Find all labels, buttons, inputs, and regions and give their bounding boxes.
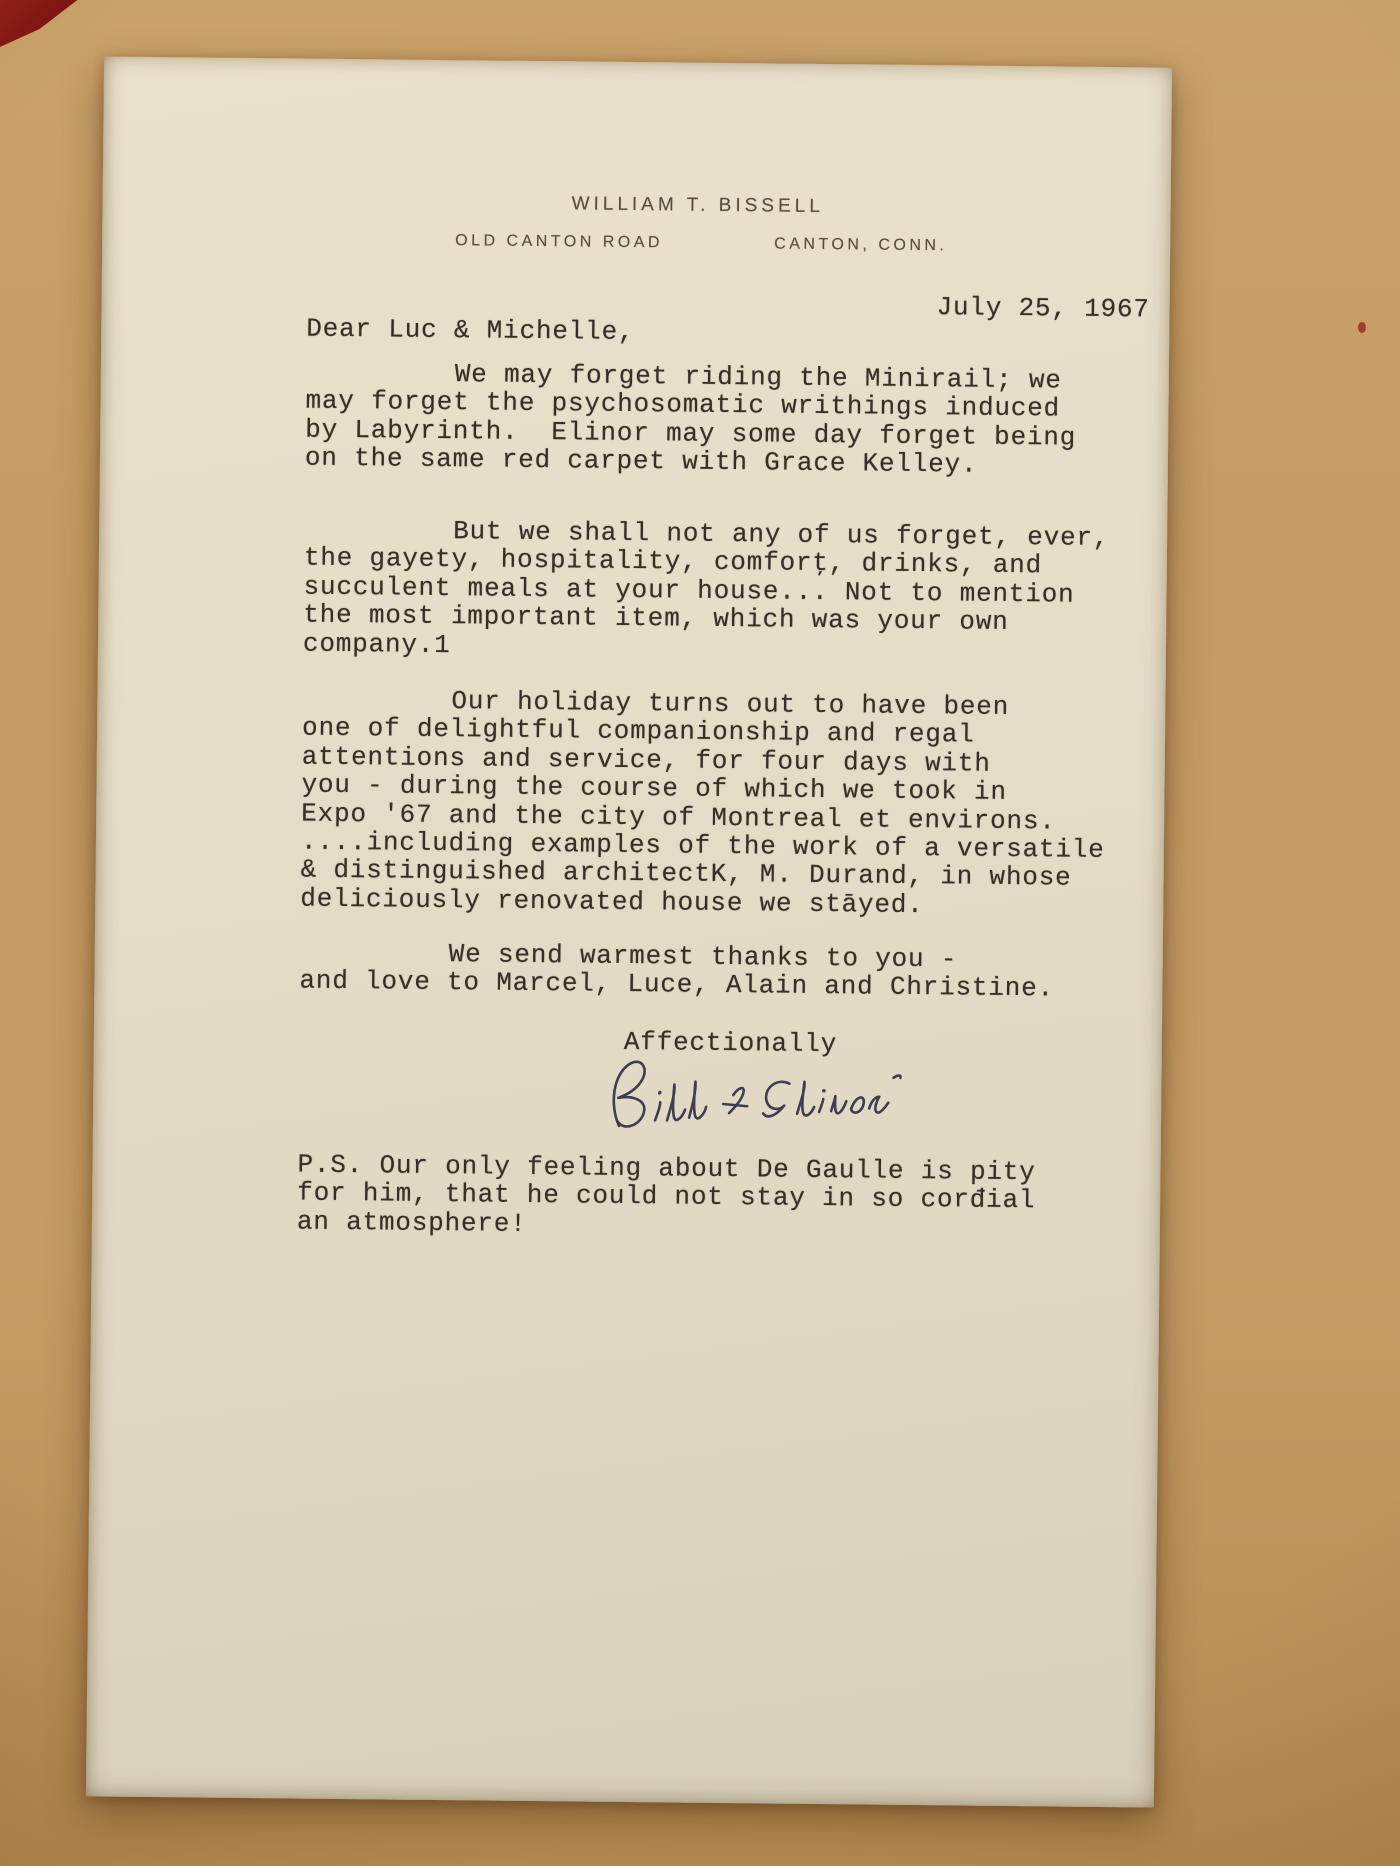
letter-date: July 25, 1967 [936, 293, 1150, 324]
photo-of-letter: WILLIAM T. BISSELL OLD CANTON ROAD CANTO… [0, 0, 1400, 1866]
letter-line: on the same red carpet with Grace Kelley… [305, 444, 1076, 480]
letter-line: and love to Marcel, Luce, Alain and Chri… [299, 967, 1054, 1003]
letterhead-street: OLD CANTON ROAD [455, 231, 663, 252]
letterhead-name: WILLIAM T. BISSELL [572, 193, 824, 218]
letter-paper: WILLIAM T. BISSELL OLD CANTON ROAD CANTO… [86, 56, 1172, 1807]
handwritten-signature: Bill & Elinor [605, 1054, 946, 1148]
paragraph-4: We send warmest thanks to you - and love… [299, 939, 1054, 1004]
paragraph-1: We may forget riding the Minirail; we ma… [305, 359, 1077, 481]
paragraph-2: But we shall not any of us forget, ever,… [303, 516, 1110, 666]
letterhead-city: CANTON, CONN. [774, 234, 947, 255]
paragraph-3: Our holiday turns out to have been one o… [300, 686, 1106, 922]
salutation: Dear Luc & Michelle, [306, 315, 634, 347]
postscript: P.S. Our only feeling about De Gaulle is… [297, 1151, 1036, 1244]
red-object-corner [0, 0, 86, 50]
red-speck [1358, 322, 1366, 333]
